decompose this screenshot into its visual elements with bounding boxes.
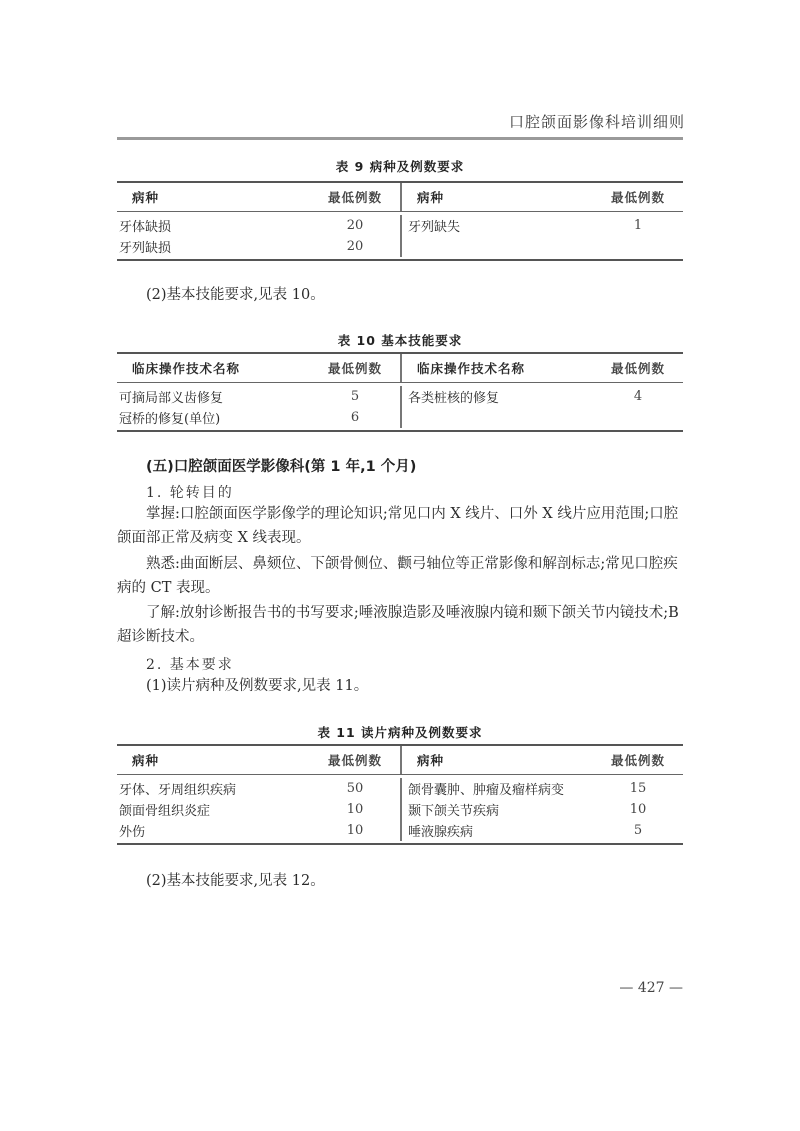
- table-9: 病种最低例数 病种最低例数 牙体缺损20 牙列缺损20 牙列缺失1: [117, 181, 683, 261]
- header-min-count: 最低例数: [310, 359, 400, 377]
- cell-count: 5: [593, 823, 683, 838]
- cell-name: 牙体、牙周组织疾病: [117, 779, 310, 798]
- cell-count: 50: [310, 781, 400, 796]
- table-row: 牙体缺损20: [117, 215, 400, 236]
- subsection-basic-requirements: 2. 基本要求: [146, 654, 234, 674]
- paragraph-master: 掌握:口腔颌面医学影像学的理论知识;常见口内 X 线片、口外 X 线片应用范围;…: [117, 502, 683, 550]
- cell-count: 6: [310, 410, 400, 425]
- cell-name: 颞下颌关节疾病: [402, 800, 593, 819]
- cell-count: 15: [593, 781, 683, 796]
- running-header-title: 口腔颌面影像科培训细则: [509, 111, 685, 132]
- header-min-count: 最低例数: [593, 751, 683, 769]
- table-row: 牙列缺损20: [117, 236, 400, 257]
- cell-count: 1: [593, 218, 683, 233]
- table-row: 可摘局部义齿修复5: [117, 386, 400, 407]
- cell-name: 牙列缺损: [117, 237, 310, 256]
- table-header-row: 病种最低例数 病种最低例数: [117, 183, 683, 212]
- table-row: 牙列缺失1: [402, 215, 683, 236]
- table-row: 外伤10: [117, 820, 400, 841]
- header-disease: 病种: [402, 751, 593, 769]
- cell-name: 冠桥的修复(单位): [117, 408, 310, 427]
- paragraph-table10-reference: (2)基本技能要求,见表 10。: [117, 283, 683, 307]
- table-11: 病种最低例数 病种最低例数 牙体、牙周组织疾病50 颌面骨组织炎症10 外伤10…: [117, 744, 683, 845]
- cell-name: 牙体缺损: [117, 216, 310, 235]
- table-header-row: 病种最低例数 病种最低例数: [117, 746, 683, 775]
- table-row: 各类桩核的修复4: [402, 386, 683, 407]
- header-technique-name: 临床操作技术名称: [402, 359, 593, 377]
- cell-count: 4: [593, 389, 683, 404]
- cell-count: 20: [310, 218, 400, 233]
- header-disease: 病种: [402, 188, 593, 206]
- header-rule: [117, 137, 683, 140]
- table-row: 颌面骨组织炎症10: [117, 799, 400, 820]
- paragraph-familiar: 熟悉:曲面断层、鼻颏位、下颌骨侧位、颧弓轴位等正常影像和解剖标志;常见口腔疾病的…: [117, 552, 683, 600]
- table-row: 颞下颌关节疾病10: [402, 799, 683, 820]
- cell-name: 颌面骨组织炎症: [117, 800, 310, 819]
- paragraph-table11-reference: (1)读片病种及例数要求,见表 11。: [117, 674, 683, 698]
- cell-name: 唾液腺疾病: [402, 821, 593, 840]
- table-10: 临床操作技术名称最低例数 临床操作技术名称最低例数 可摘局部义齿修复5 冠桥的修…: [117, 352, 683, 432]
- header-min-count: 最低例数: [593, 188, 683, 206]
- paragraph-understand: 了解:放射诊断报告书的书写要求;唾液腺造影及唾液腺内镜和颞下颌关节内镜技术;B …: [117, 601, 683, 649]
- header-min-count: 最低例数: [593, 359, 683, 377]
- cell-name: 牙列缺失: [402, 216, 593, 235]
- cell-count: 10: [310, 823, 400, 838]
- header-technique-name: 临床操作技术名称: [117, 359, 310, 377]
- header-min-count: 最低例数: [310, 188, 400, 206]
- cell-count: 20: [310, 239, 400, 254]
- table-11-caption: 表 11 读片病种及例数要求: [117, 723, 683, 741]
- paragraph-table12-reference: (2)基本技能要求,见表 12。: [117, 869, 683, 893]
- header-disease: 病种: [117, 751, 310, 769]
- header-disease: 病种: [117, 188, 310, 206]
- section-title: (五)口腔颌面医学影像科(第 1 年,1 个月): [146, 455, 416, 476]
- cell-count: 10: [310, 802, 400, 817]
- cell-name: 可摘局部义齿修复: [117, 387, 310, 406]
- cell-name: 颌骨囊肿、肿瘤及瘤样病变: [402, 779, 593, 798]
- table-row: 冠桥的修复(单位)6: [117, 407, 400, 428]
- subsection-rotation-goals: 1. 轮转目的: [146, 482, 234, 502]
- cell-name: 各类桩核的修复: [402, 387, 593, 406]
- cell-count: 5: [310, 389, 400, 404]
- table-header-row: 临床操作技术名称最低例数 临床操作技术名称最低例数: [117, 354, 683, 383]
- table-10-caption: 表 10 基本技能要求: [117, 331, 683, 349]
- table-row: 唾液腺疾病5: [402, 820, 683, 841]
- header-min-count: 最低例数: [310, 751, 400, 769]
- cell-name: 外伤: [117, 821, 310, 840]
- table-9-caption: 表 9 病种及例数要求: [117, 157, 683, 175]
- cell-count: 10: [593, 802, 683, 817]
- page-number: — 427 —: [619, 980, 683, 996]
- table-row: 颌骨囊肿、肿瘤及瘤样病变15: [402, 778, 683, 799]
- table-row: 牙体、牙周组织疾病50: [117, 778, 400, 799]
